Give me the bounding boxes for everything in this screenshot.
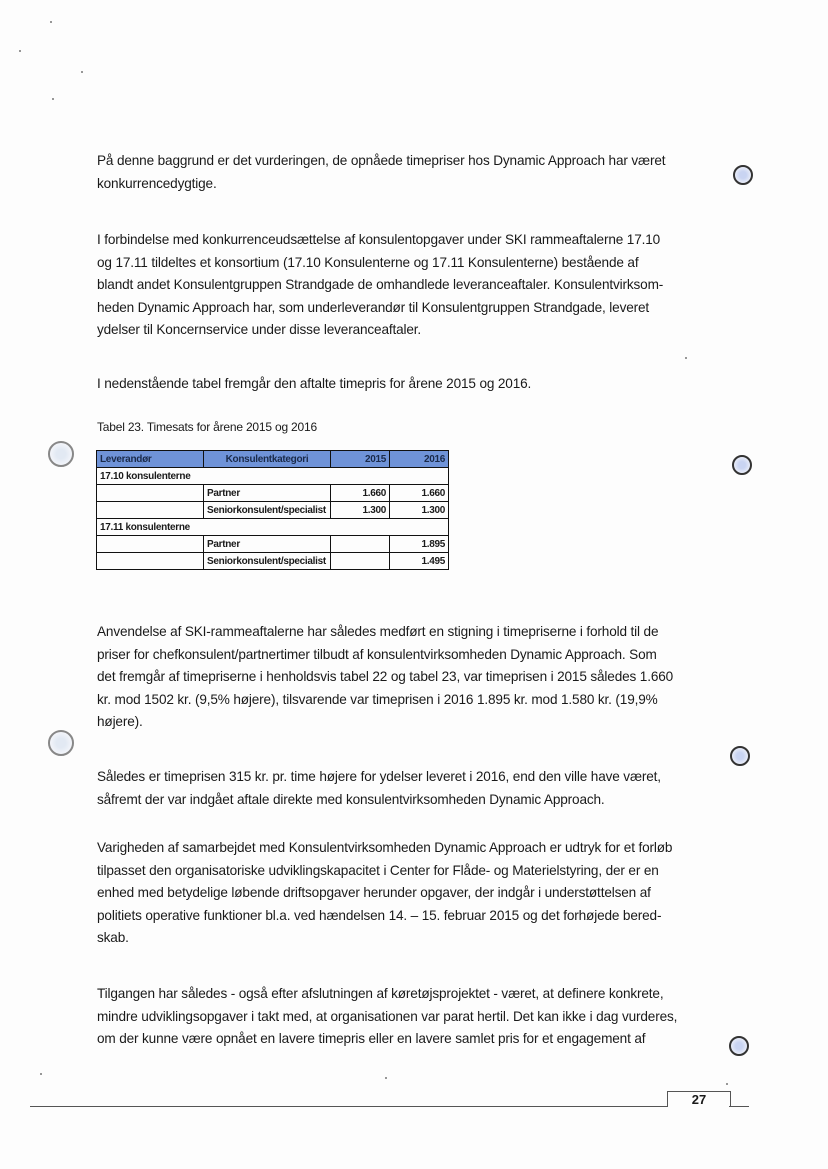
table-header-row: Leverandør Konsulentkategori 2015 2016	[97, 451, 449, 468]
table-group-row: 17.11 konsulenterne	[97, 519, 449, 536]
margin-stamp-icon	[48, 441, 74, 467]
text-line: I nedenstående tabel fremgår den aftalte…	[97, 373, 697, 396]
rate-2015-cell: 1.660	[331, 485, 390, 502]
scan-speck	[52, 98, 54, 100]
category-cell: Seniorkonsulent/specialist	[204, 553, 331, 570]
text-line: tilpasset den organisatoriske udviklings…	[97, 860, 697, 883]
table-row: Partner 1.895	[97, 536, 449, 553]
rate-2016-cell: 1.660	[390, 485, 449, 502]
margin-stamp-icon	[730, 746, 750, 766]
table-group-row: 17.10 konsulenterne	[97, 468, 449, 485]
text-line: Varigheden af samarbejdet med Konsulentv…	[97, 837, 697, 860]
scan-speck	[19, 50, 21, 52]
text-line: Således er timeprisen 315 kr. pr. time h…	[97, 766, 697, 789]
rate-2015-cell: 1.300	[331, 502, 390, 519]
rate-2016-cell: 1.495	[390, 553, 449, 570]
category-cell: Seniorkonsulent/specialist	[204, 502, 331, 519]
text-line: Anvendelse af SKI-rammeaftalerne har sål…	[97, 621, 697, 644]
rate-2016-cell: 1.895	[390, 536, 449, 553]
column-header-supplier: Leverandør	[97, 451, 204, 468]
scan-speck	[40, 1073, 42, 1075]
rate-2015-cell	[331, 536, 390, 553]
footer-rule	[30, 1106, 668, 1107]
text-line: Tilgangen har således - også efter afslu…	[97, 983, 697, 1006]
text-line: om der kunne være opnået en lavere timep…	[97, 1028, 697, 1051]
table-row: Seniorkonsulent/specialist 1.495	[97, 553, 449, 570]
paragraph-price-difference: Således er timeprisen 315 kr. pr. time h…	[97, 766, 697, 811]
text-line: højere).	[97, 711, 697, 734]
text-line: mindre udviklingsopgaver i takt med, at …	[97, 1006, 697, 1029]
group-label: 17.11 konsulenterne	[97, 519, 449, 536]
document-page: På denne baggrund er det vurderingen, de…	[0, 0, 828, 1169]
margin-stamp-icon	[732, 455, 752, 475]
supplier-cell	[97, 502, 204, 519]
text-line: det fremgår af timepriserne i henholdsvi…	[97, 666, 697, 689]
category-cell: Partner	[204, 536, 331, 553]
text-line: konkurrencedygtige.	[97, 173, 697, 196]
text-line: enhed med betydelige løbende driftsopgav…	[97, 882, 697, 905]
text-line: skab.	[97, 927, 697, 950]
column-header-category: Konsulentkategori	[204, 451, 331, 468]
paragraph-collaboration-duration: Varigheden af samarbejdet med Konsulentv…	[97, 837, 697, 950]
table-caption: Tabel 23. Timesats for årene 2015 og 201…	[97, 420, 317, 434]
table-row: Partner 1.660 1.660	[97, 485, 449, 502]
rates-table: Leverandør Konsulentkategori 2015 2016 1…	[96, 450, 449, 570]
paragraph-table-intro: I nedenstående tabel fremgår den aftalte…	[97, 373, 697, 396]
text-line: såfremt der var indgået aftale direkte m…	[97, 789, 697, 812]
scan-speck	[685, 357, 687, 359]
text-line: priser for chefkonsulent/partnertimer ti…	[97, 644, 697, 667]
group-label: 17.10 konsulenterne	[97, 468, 449, 485]
scan-speck	[726, 1083, 728, 1085]
scan-speck	[50, 21, 52, 23]
table-row: Seniorkonsulent/specialist 1.300 1.300	[97, 502, 449, 519]
supplier-cell	[97, 536, 204, 553]
supplier-cell	[97, 553, 204, 570]
text-line: På denne baggrund er det vurderingen, de…	[97, 150, 697, 173]
rate-2016-cell: 1.300	[390, 502, 449, 519]
paragraph-competitiveness: På denne baggrund er det vurderingen, de…	[97, 150, 697, 195]
page-number: 27	[667, 1091, 731, 1107]
rate-2015-cell	[331, 553, 390, 570]
paragraph-price-increase: Anvendelse af SKI-rammeaftalerne har sål…	[97, 621, 697, 734]
margin-stamp-icon	[729, 1036, 749, 1056]
text-line: politiets operative funktioner bl.a. ved…	[97, 905, 697, 928]
paragraph-ski-framework: I forbindelse med konkurrenceudsættelse …	[97, 229, 697, 342]
column-header-2015: 2015	[331, 451, 390, 468]
margin-stamp-icon	[733, 165, 753, 185]
category-cell: Partner	[204, 485, 331, 502]
text-line: kr. mod 1502 kr. (9,5% højere), tilsvare…	[97, 689, 697, 712]
text-line: ydelser til Koncernservice under disse l…	[97, 319, 697, 342]
scan-speck	[81, 71, 83, 73]
text-line: I forbindelse med konkurrenceudsættelse …	[97, 229, 697, 252]
supplier-cell	[97, 485, 204, 502]
column-header-2016: 2016	[390, 451, 449, 468]
margin-stamp-icon	[48, 730, 74, 756]
text-line: blandt andet Konsulentgruppen Strandgade…	[97, 274, 697, 297]
text-line: heden Dynamic Approach har, som underlev…	[97, 297, 697, 320]
footer-rule	[729, 1106, 749, 1107]
paragraph-approach: Tilgangen har således - også efter afslu…	[97, 983, 697, 1051]
scan-speck	[385, 1077, 387, 1079]
text-line: og 17.11 tildeltes et konsortium (17.10 …	[97, 252, 697, 275]
